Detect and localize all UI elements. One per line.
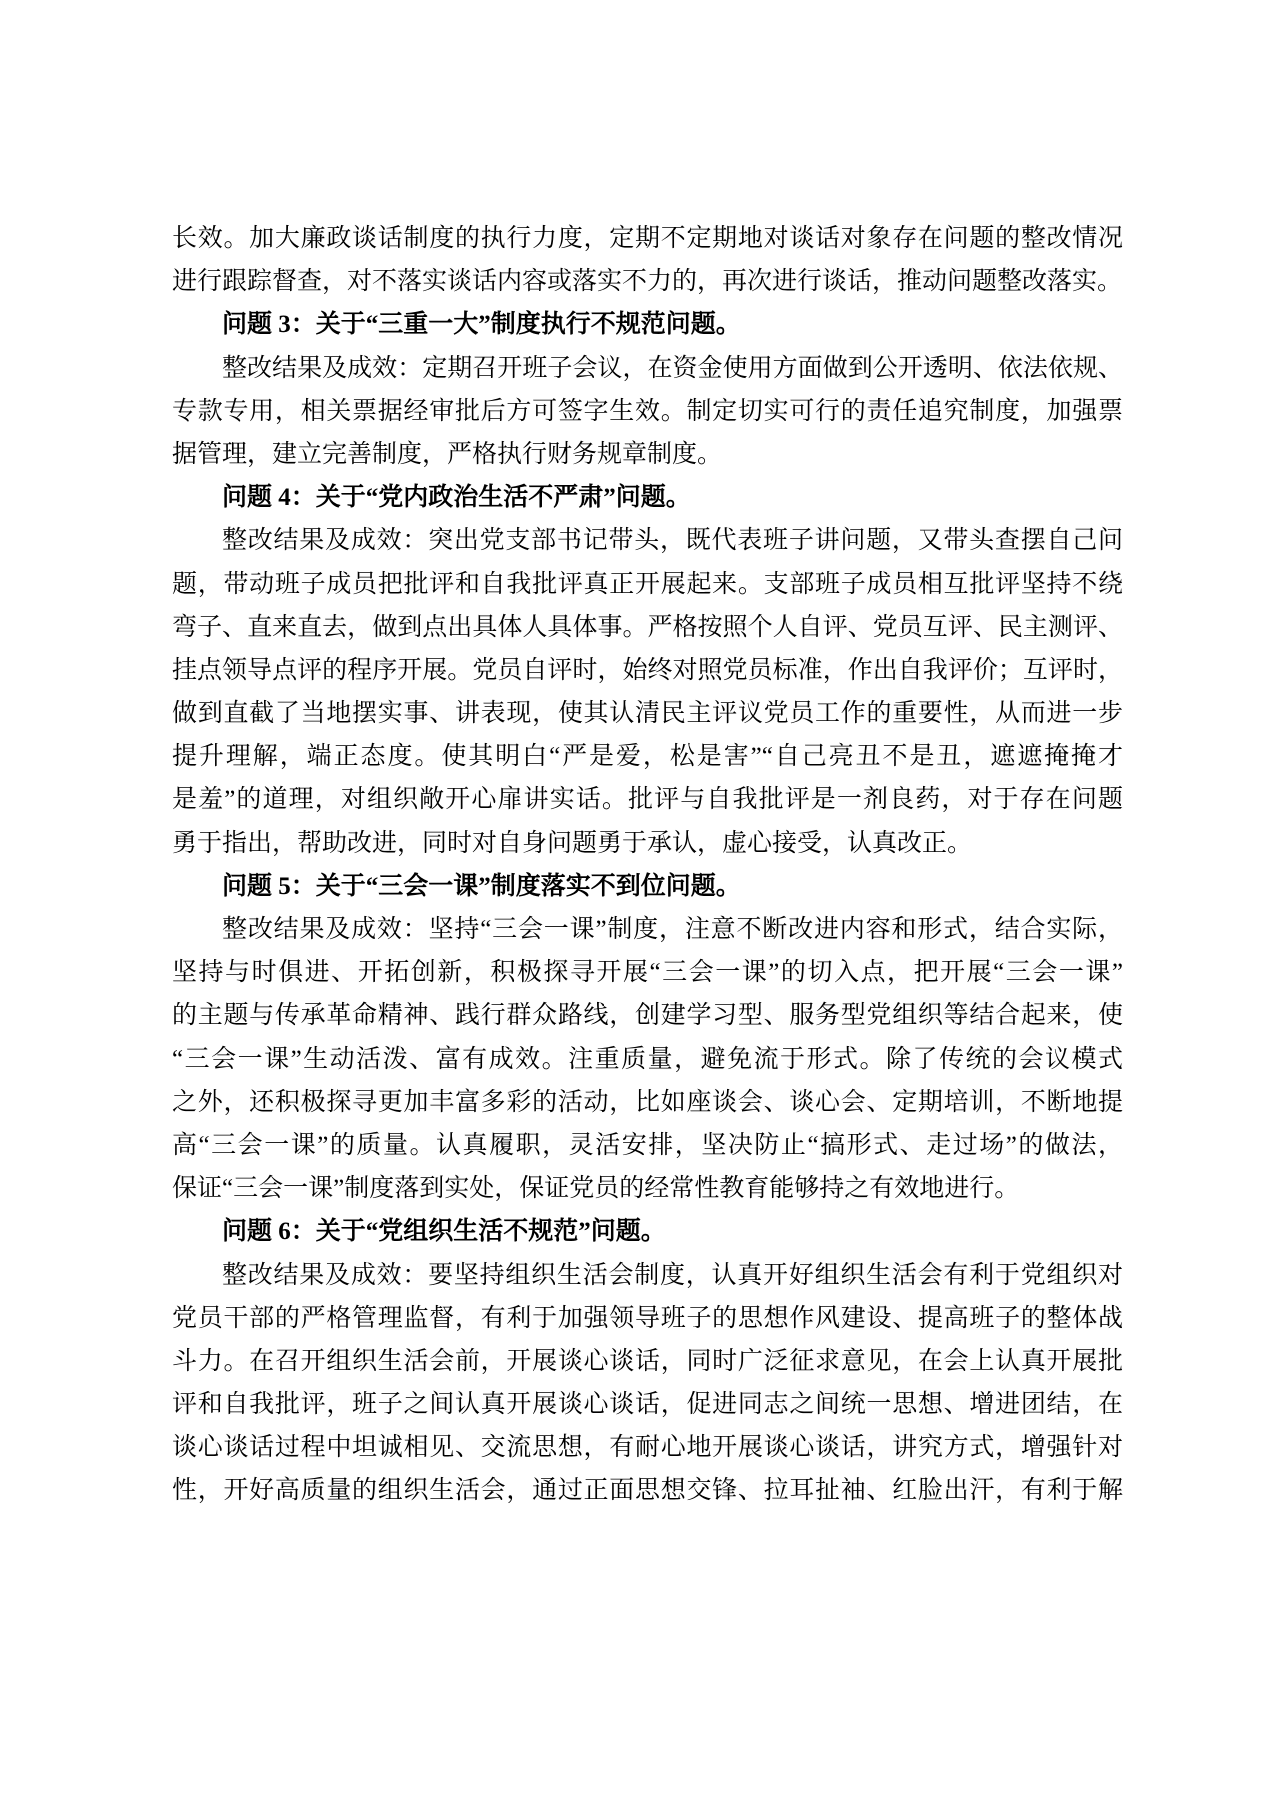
text-line: 评和自我批评，班子之间认真开展谈心谈话，促进同志之间统一思想、增进团结，在 xyxy=(172,1383,1123,1426)
section-heading: 问题 6：关于“党组织生活不规范”问题。 xyxy=(172,1210,1123,1253)
text-line: 高“三会一课”的质量。认真履职，灵活安排，坚决防止“搞形式、走过场”的做法， xyxy=(172,1124,1123,1167)
text-line: “三会一课”生动活泼、富有成效。注重质量，避免流于形式。除了传统的会议模式 xyxy=(172,1038,1123,1081)
text-line: 问题 5：关于“三会一课”制度落实不到位问题。 xyxy=(172,865,1123,908)
text-line: 整改结果及成效：坚持“三会一课”制度，注意不断改进内容和形式，结合实际， xyxy=(172,908,1123,951)
text-line: 题，带动班子成员把批评和自我批评真正开展起来。支部班子成员相互批评坚持不绕 xyxy=(172,563,1123,606)
text-line: 弯子、直来直去，做到点出具体人具体事。严格按照个人自评、党员互评、民主测评、 xyxy=(172,606,1123,649)
text-line: 做到直截了当地摆实事、讲表现，使其认清民主评议党员工作的重要性，从而进一步 xyxy=(172,692,1123,735)
text-line: 勇于指出，帮助改进，同时对自身问题勇于承认，虚心接受，认真改正。 xyxy=(172,822,1123,865)
text-line: 提升理解，端正态度。使其明白“严是爱，松是害”“自己亮丑不是丑，遮遮掩掩才 xyxy=(172,735,1123,778)
paragraph: 整改结果及成效：定期召开班子会议，在资金使用方面做到公开透明、依法依规、专款专用… xyxy=(172,347,1123,477)
text-line: 性，开好高质量的组织生活会，通过正面思想交锋、拉耳扯袖、红脸出汗，有利于解 xyxy=(172,1469,1123,1512)
section-heading: 问题 3：关于“三重一大”制度执行不规范问题。 xyxy=(172,303,1123,346)
text-line: 挂点领导点评的程序开展。党员自评时，始终对照党员标准，作出自我评价；互评时， xyxy=(172,649,1123,692)
text-line: 据管理，建立完善制度，严格执行财务规章制度。 xyxy=(172,433,1123,476)
text-line: 问题 6：关于“党组织生活不规范”问题。 xyxy=(172,1210,1123,1253)
text-line: 斗力。在召开组织生活会前，开展谈心谈话，同时广泛征求意见，在会上认真开展批 xyxy=(172,1340,1123,1383)
text-line: 问题 3：关于“三重一大”制度执行不规范问题。 xyxy=(172,303,1123,346)
paragraph: 整改结果及成效：坚持“三会一课”制度，注意不断改进内容和形式，结合实际，坚持与时… xyxy=(172,908,1123,1210)
section-heading: 问题 4：关于“党内政治生活不严肃”问题。 xyxy=(172,476,1123,519)
text-line: 整改结果及成效：突出党支部书记带头，既代表班子讲问题，又带头查摆自己问 xyxy=(172,519,1123,562)
text-line: 的主题与传承革命精神、践行群众路线，创建学习型、服务型党组织等结合起来，使 xyxy=(172,994,1123,1037)
paragraph: 整改结果及成效：突出党支部书记带头，既代表班子讲问题，又带头查摆自己问题，带动班… xyxy=(172,519,1123,865)
text-line: 问题 4：关于“党内政治生活不严肃”问题。 xyxy=(172,476,1123,519)
document-body: 长效。加大廉政谈话制度的执行力度，定期不定期地对谈话对象存在问题的整改情况进行跟… xyxy=(172,217,1123,1513)
text-line: 是羞”的道理，对组织敞开心扉讲实话。批评与自我批评是一剂良药，对于存在问题 xyxy=(172,778,1123,821)
paragraph: 长效。加大廉政谈话制度的执行力度，定期不定期地对谈话对象存在问题的整改情况进行跟… xyxy=(172,217,1123,303)
text-line: 坚持与时俱进、开拓创新，积极探寻开展“三会一课”的切入点，把开展“三会一课” xyxy=(172,951,1123,994)
text-line: 整改结果及成效：要坚持组织生活会制度，认真开好组织生活会有利于党组织对 xyxy=(172,1254,1123,1297)
text-line: 专款专用，相关票据经审批后方可签字生效。制定切实可行的责任追究制度，加强票 xyxy=(172,390,1123,433)
text-line: 整改结果及成效：定期召开班子会议，在资金使用方面做到公开透明、依法依规、 xyxy=(172,347,1123,390)
text-line: 谈心谈话过程中坦诚相见、交流思想，有耐心地开展谈心谈话，讲究方式，增强针对 xyxy=(172,1426,1123,1469)
document-page: 长效。加大廉政谈话制度的执行力度，定期不定期地对谈话对象存在问题的整改情况进行跟… xyxy=(0,0,1280,1810)
text-line: 之外，还积极探寻更加丰富多彩的活动，比如座谈会、谈心会、定期培训，不断地提 xyxy=(172,1081,1123,1124)
text-line: 长效。加大廉政谈话制度的执行力度，定期不定期地对谈话对象存在问题的整改情况 xyxy=(172,217,1123,260)
text-line: 进行跟踪督查，对不落实谈话内容或落实不力的，再次进行谈话，推动问题整改落实。 xyxy=(172,260,1123,303)
paragraph: 整改结果及成效：要坚持组织生活会制度，认真开好组织生活会有利于党组织对党员干部的… xyxy=(172,1254,1123,1513)
section-heading: 问题 5：关于“三会一课”制度落实不到位问题。 xyxy=(172,865,1123,908)
text-line: 保证“三会一课”制度落到实处，保证党员的经常性教育能够持之有效地进行。 xyxy=(172,1167,1123,1210)
text-line: 党员干部的严格管理监督，有利于加强领导班子的思想作风建设、提高班子的整体战 xyxy=(172,1297,1123,1340)
